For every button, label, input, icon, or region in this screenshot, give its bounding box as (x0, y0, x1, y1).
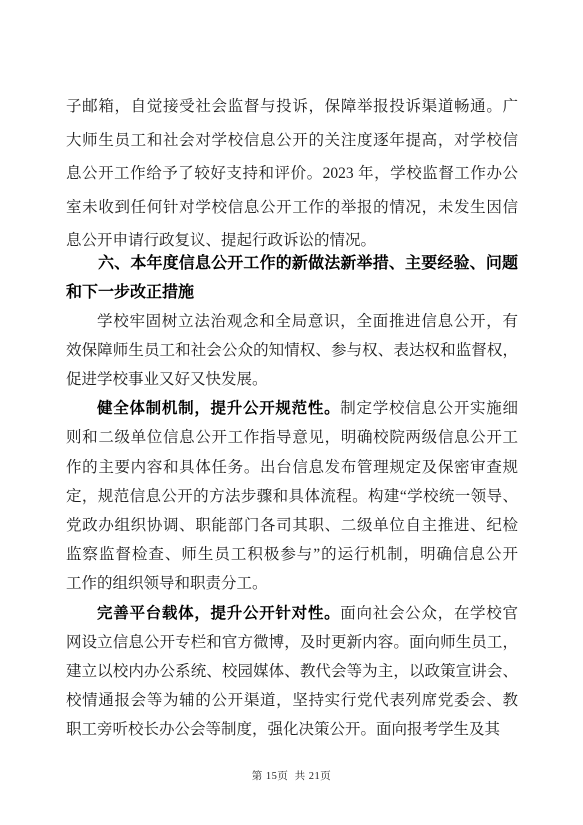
text-line: 网设立信息公开专栏和官方微博，及时更新内容。面向师生员工， (66, 628, 518, 657)
document-content: 子邮箱，自觉接受社会监督与投诉，保障举报投诉渠道畅通。广 大师生员工和社会对学校… (66, 0, 518, 745)
paragraph-continuation: 子邮箱，自觉接受社会监督与投诉，保障举报投诉渠道畅通。广 大师生员工和社会对学校… (66, 90, 518, 258)
text-line: 工作的组织领导和职责分工。 (66, 569, 518, 598)
page-number-footer: 第 15页 共 21页 (0, 770, 583, 784)
text-line: 建立以校内办公系统、校园媒体、教代会等为主，以政策宣讲会、 (66, 657, 518, 686)
text-line: 则和二级单位信息公开工作指导意见，明确校院两级信息公开工 (66, 423, 518, 452)
text-line: 子邮箱，自觉接受社会监督与投诉，保障举报投诉渠道畅通。广 (66, 90, 518, 124)
paragraph-platform-carrier: 完善平台载体，提升公开针对性。面向社会公众，在学校官 网设立信息公开专栏和官方微… (66, 599, 518, 745)
document-page: 子邮箱，自觉接受社会监督与投诉，保障举报投诉渠道畅通。广 大师生员工和社会对学校… (0, 0, 583, 825)
text-line: 定，规范信息公开的方法步骤和具体流程。构建“学校统一领导、 (66, 482, 518, 511)
text-line: 大师生员工和社会对学校信息公开的关注度逐年提高，对学校信 (66, 124, 518, 158)
bold-lead-in: 完善平台载体，提升公开针对性。 (97, 605, 340, 622)
text-line: 职工旁听校长办公会等制度，强化决策公开。面向报考学生及其 (66, 715, 518, 744)
text-line: 作的主要内容和具体任务。出台信息发布管理规定及保密审查规 (66, 453, 518, 482)
heading-line: 和下一步改正措施 (66, 278, 518, 307)
text-line: 学校牢固树立法治观念和全局意识，全面推进信息公开，有 (66, 307, 518, 336)
text-line: 完善平台载体，提升公开针对性。面向社会公众，在学校官 (66, 599, 518, 628)
section-heading: 六、本年度信息公开工作的新做法新举措、主要经验、问题 和下一步改正措施 (66, 249, 518, 307)
text-line: 效保障师生员工和社会公众的知情权、参与权、表达权和监督权， (66, 336, 518, 365)
text-line: 健全体制机制，提升公开规范性。制定学校信息公开实施细 (66, 394, 518, 423)
paragraph-overview: 学校牢固树立法治观念和全局意识，全面推进信息公开，有 效保障师生员工和社会公众的… (66, 307, 518, 395)
text-line: 监察监督检查、师生员工积极参与”的运行机制，明确信息公开 (66, 540, 518, 569)
text-line: 室未收到任何针对学校信息公开工作的举报的情况，未发生因信 (66, 191, 518, 225)
text-line: 党政办组织协调、职能部门各司其职、二级单位自主推进、纪检 (66, 511, 518, 540)
paragraph-system-mechanism: 健全体制机制，提升公开规范性。制定学校信息公开实施细 则和二级单位信息公开工作指… (66, 394, 518, 598)
text-line: 校情通报会等为辅的公开渠道，坚持实行党代表列席党委会、教 (66, 686, 518, 715)
heading-line: 六、本年度信息公开工作的新做法新举措、主要经验、问题 (66, 249, 518, 278)
text-line: 息公开工作给予了较好支持和评价。2023 年，学校监督工作办公 (66, 157, 518, 191)
text-line: 促进学校事业又好又快发展。 (66, 365, 518, 394)
bold-lead-in: 健全体制机制，提升公开规范性。 (97, 400, 340, 417)
text-run: 面向社会公众，在学校官 (340, 605, 518, 622)
text-run: 制定学校信息公开实施细 (340, 400, 518, 417)
